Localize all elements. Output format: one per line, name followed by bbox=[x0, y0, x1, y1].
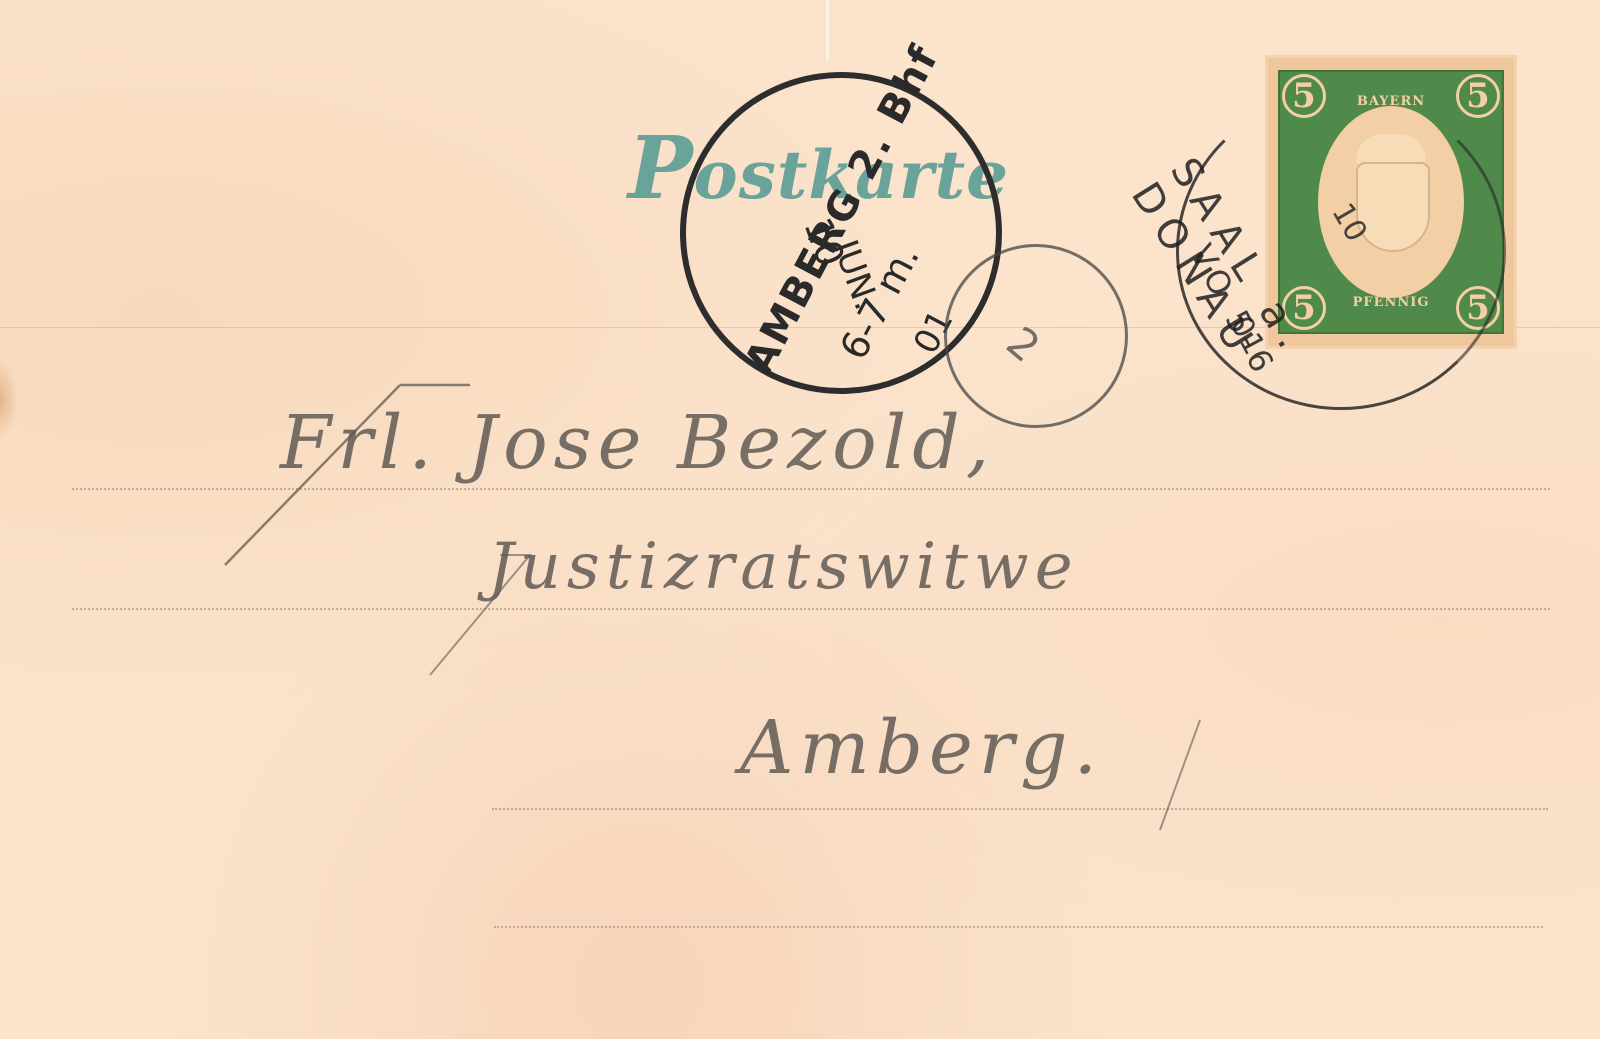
handwriting-strokes bbox=[0, 0, 1600, 1039]
postcard: Postkarte BAYERN PFENNIG 5 5 5 5 SAAL a.… bbox=[0, 0, 1600, 1039]
